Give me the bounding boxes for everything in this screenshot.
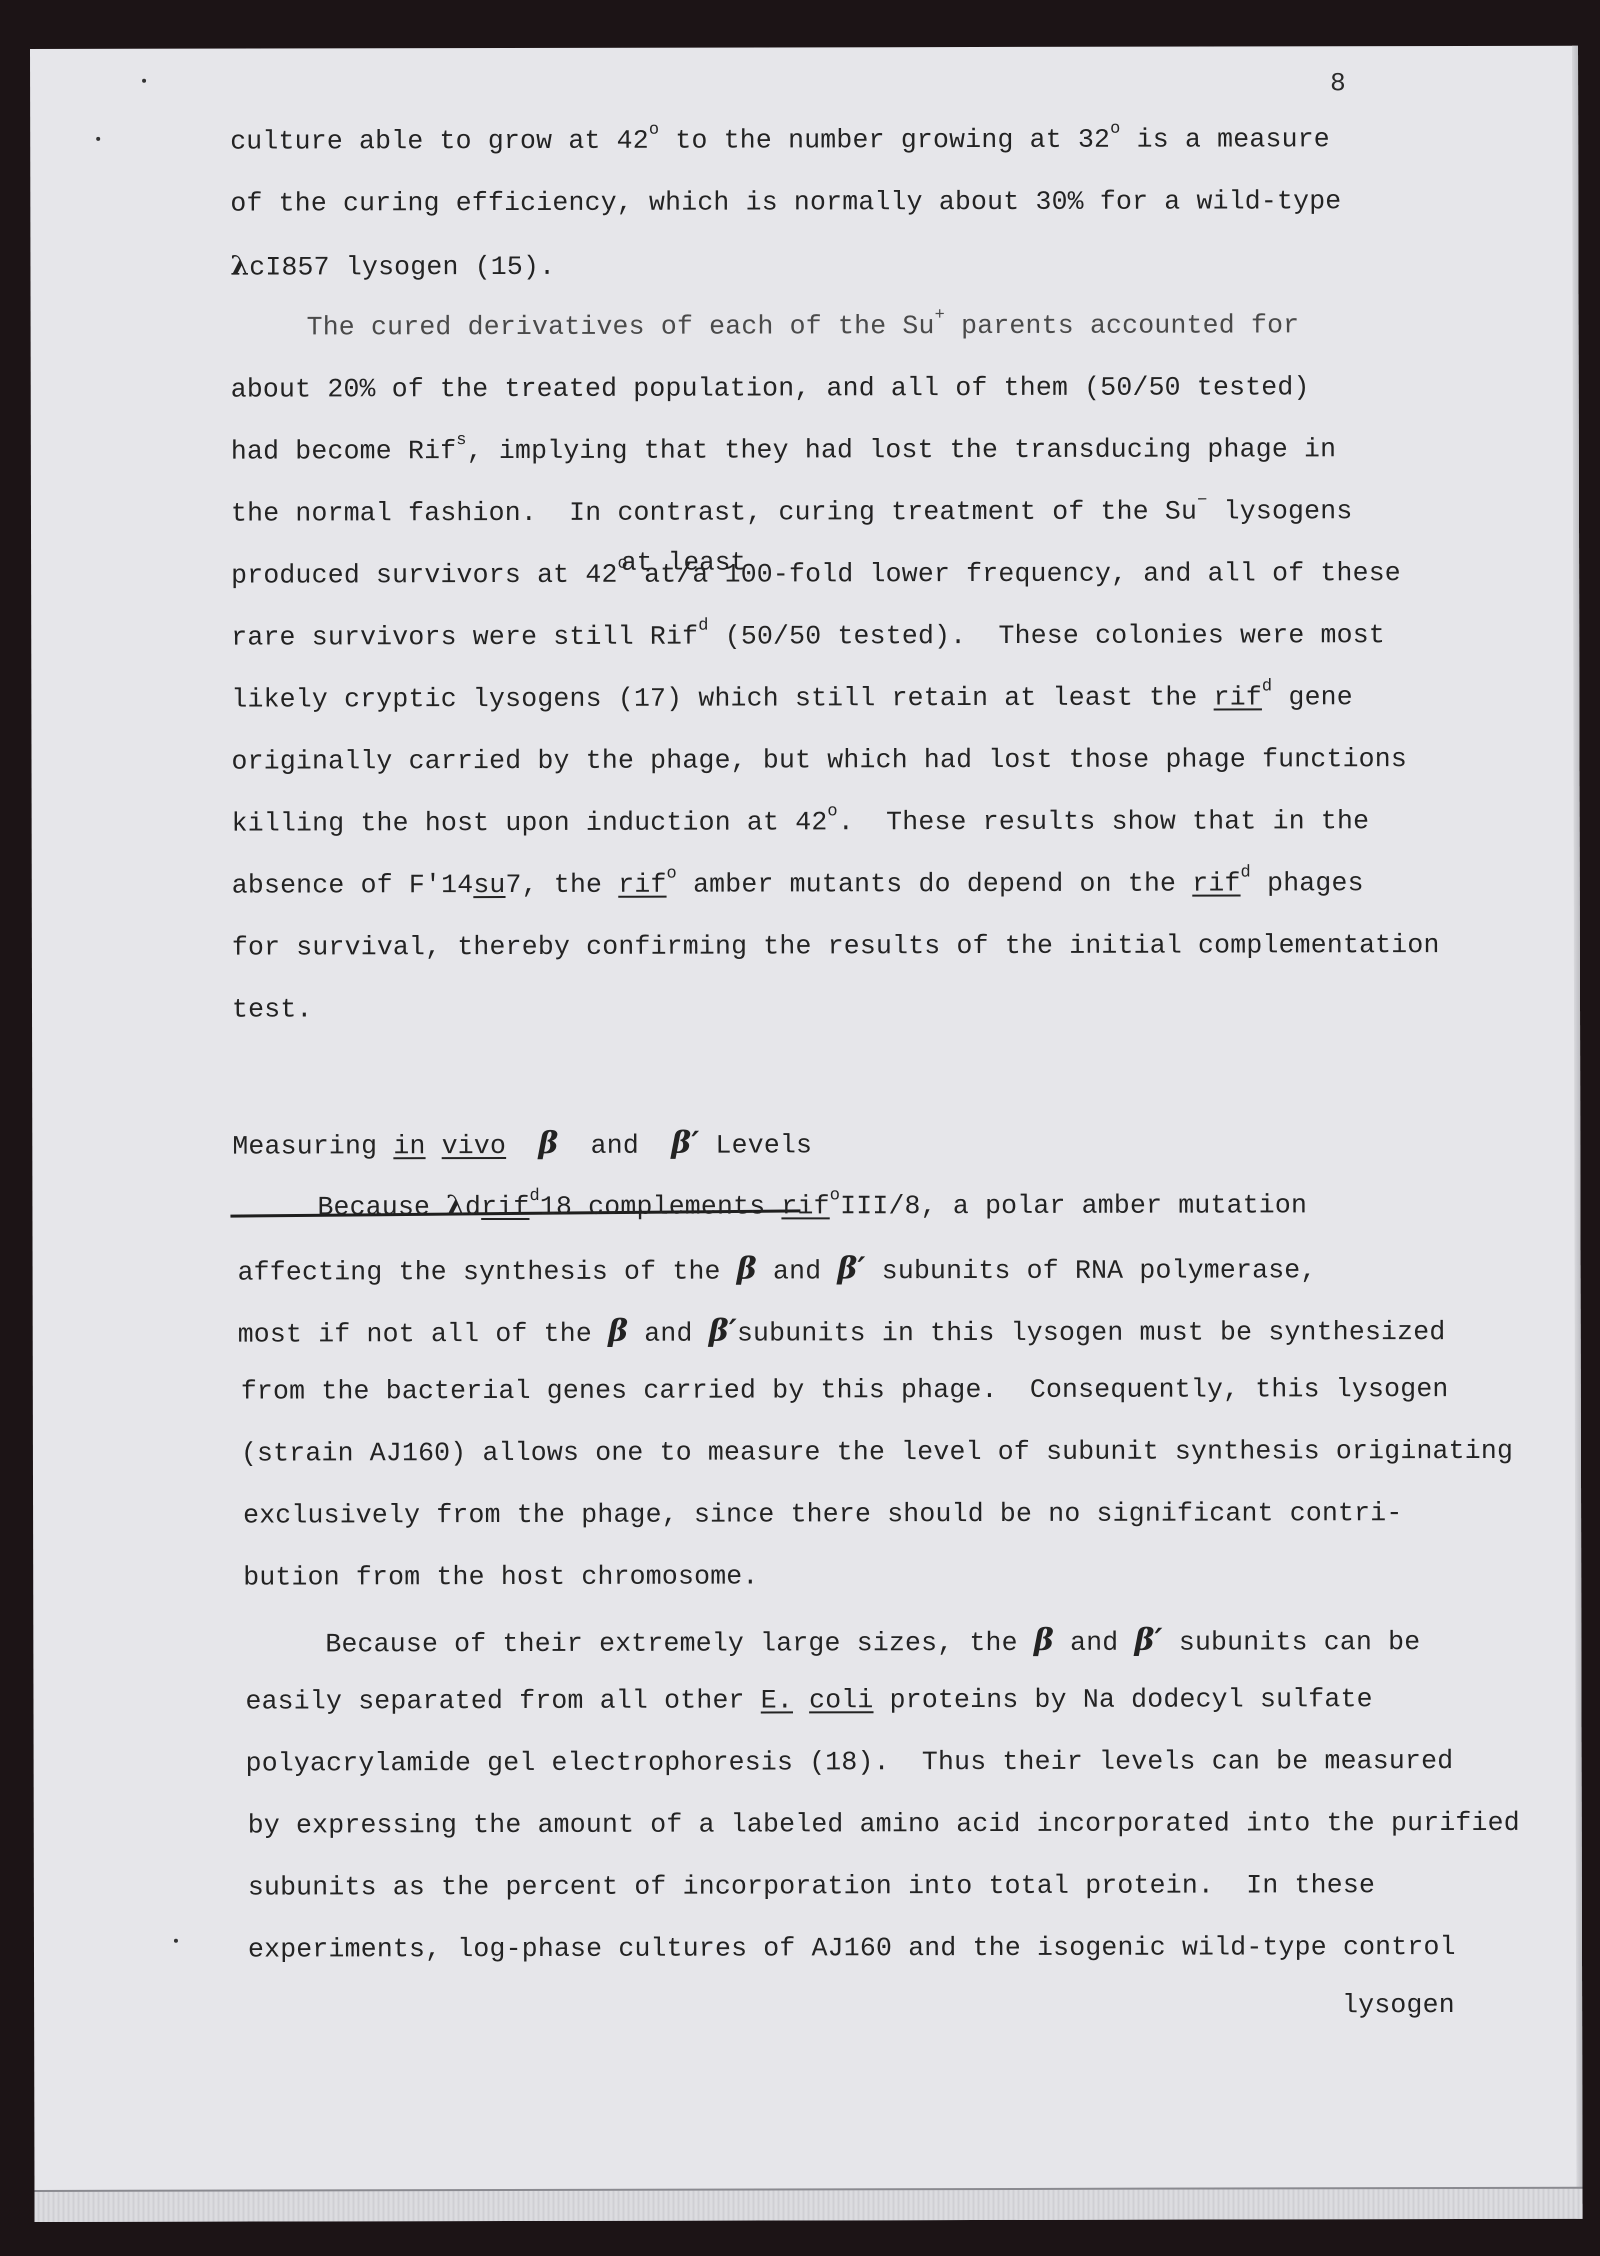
page-edge bbox=[34, 2187, 1582, 2222]
document-page: 8 culture able to grow at 42o to the num… bbox=[30, 46, 1583, 2222]
species-name: E. bbox=[761, 1685, 793, 1715]
text-line: (strain AJ160) allows one to measure the… bbox=[241, 1436, 1513, 1469]
text-line: exclusively from the phage, since there … bbox=[243, 1498, 1402, 1530]
text-line: λcI857 lysogen (15). bbox=[230, 250, 555, 283]
text-line: subunits as the percent of incorporation… bbox=[248, 1870, 1375, 1902]
text-line: likely cryptic lysogens (17) which still… bbox=[231, 682, 1353, 714]
paper-speck bbox=[174, 1939, 178, 1943]
gene-name: rif bbox=[1192, 868, 1240, 898]
beta-prime-symbol: β′ bbox=[671, 1126, 699, 1161]
page-number: 8 bbox=[1330, 68, 1346, 98]
text-line: polyacrylamide gel electrophoresis (18).… bbox=[246, 1746, 1454, 1779]
text-line: affecting the synthesis of the β and β′ … bbox=[238, 1250, 1317, 1287]
lambda-symbol: λ bbox=[230, 251, 249, 282]
text-line: bution from the host chromosome. bbox=[243, 1561, 758, 1592]
species-name: coli bbox=[809, 1685, 873, 1715]
paper-speck bbox=[96, 137, 100, 141]
text-line: about 20% of the treated population, and… bbox=[231, 372, 1310, 404]
text-line: killing the host upon induction at 42o. … bbox=[232, 806, 1370, 838]
text-line: culture able to grow at 42o to the numbe… bbox=[230, 124, 1330, 156]
text-line: lysogen bbox=[1342, 1990, 1455, 2020]
gene-name: rif bbox=[781, 1191, 829, 1221]
text-line: Because λdrifd18 complements rifoIII/8, … bbox=[317, 1188, 1307, 1222]
gene-name: su bbox=[473, 870, 505, 900]
text-line: test. bbox=[232, 994, 313, 1024]
lambda-symbol: λ bbox=[446, 1190, 465, 1221]
beta-symbol: β bbox=[1034, 1623, 1054, 1658]
text-line: The cured derivatives of each of the Su+… bbox=[307, 310, 1300, 342]
beta-symbol: β bbox=[737, 1251, 757, 1286]
beta-prime-symbol: β′ bbox=[1134, 1623, 1162, 1658]
beta-prime-symbol: β′ bbox=[709, 1314, 737, 1349]
text-line: from the bacterial genes carried by this… bbox=[241, 1374, 1449, 1407]
text-line: had become Rifs, implying that they had … bbox=[231, 434, 1336, 466]
page-edge bbox=[1572, 46, 1583, 2219]
paper-speck bbox=[142, 79, 146, 83]
beta-prime-symbol: β′ bbox=[837, 1251, 865, 1286]
text-line: rare survivors were still Rifd (50/50 te… bbox=[231, 620, 1385, 652]
text-line: easily separated from all other E. coli … bbox=[245, 1684, 1372, 1716]
beta-symbol: β bbox=[608, 1314, 628, 1349]
gene-name: rif bbox=[618, 870, 666, 900]
section-heading: Measuring in vivo β and β′ Levels bbox=[232, 1125, 812, 1161]
text-line: experiments, log-phase cultures of AJ160… bbox=[248, 1932, 1456, 1965]
text-line: Because of their extremely large sizes, … bbox=[325, 1622, 1420, 1659]
text-line: of the curing efficiency, which is norma… bbox=[230, 186, 1341, 218]
text-line: produced survivors at 42o at/a 100-fold … bbox=[231, 558, 1401, 590]
text-line: originally carried by the phage, but whi… bbox=[231, 744, 1407, 776]
gene-name: rif bbox=[481, 1192, 529, 1222]
beta-symbol: β bbox=[538, 1126, 558, 1161]
text-line: for survival, thereby confirming the res… bbox=[232, 930, 1440, 963]
text-line: by expressing the amount of a labeled am… bbox=[248, 1808, 1520, 1841]
text-line: most if not all of the β and β′subunits … bbox=[238, 1312, 1446, 1350]
text-line: the normal fashion. In contrast, curing … bbox=[231, 496, 1353, 528]
text-line: absence of F'14su7, the rifo amber mutan… bbox=[232, 868, 1364, 900]
gene-name: rif bbox=[1214, 682, 1262, 712]
